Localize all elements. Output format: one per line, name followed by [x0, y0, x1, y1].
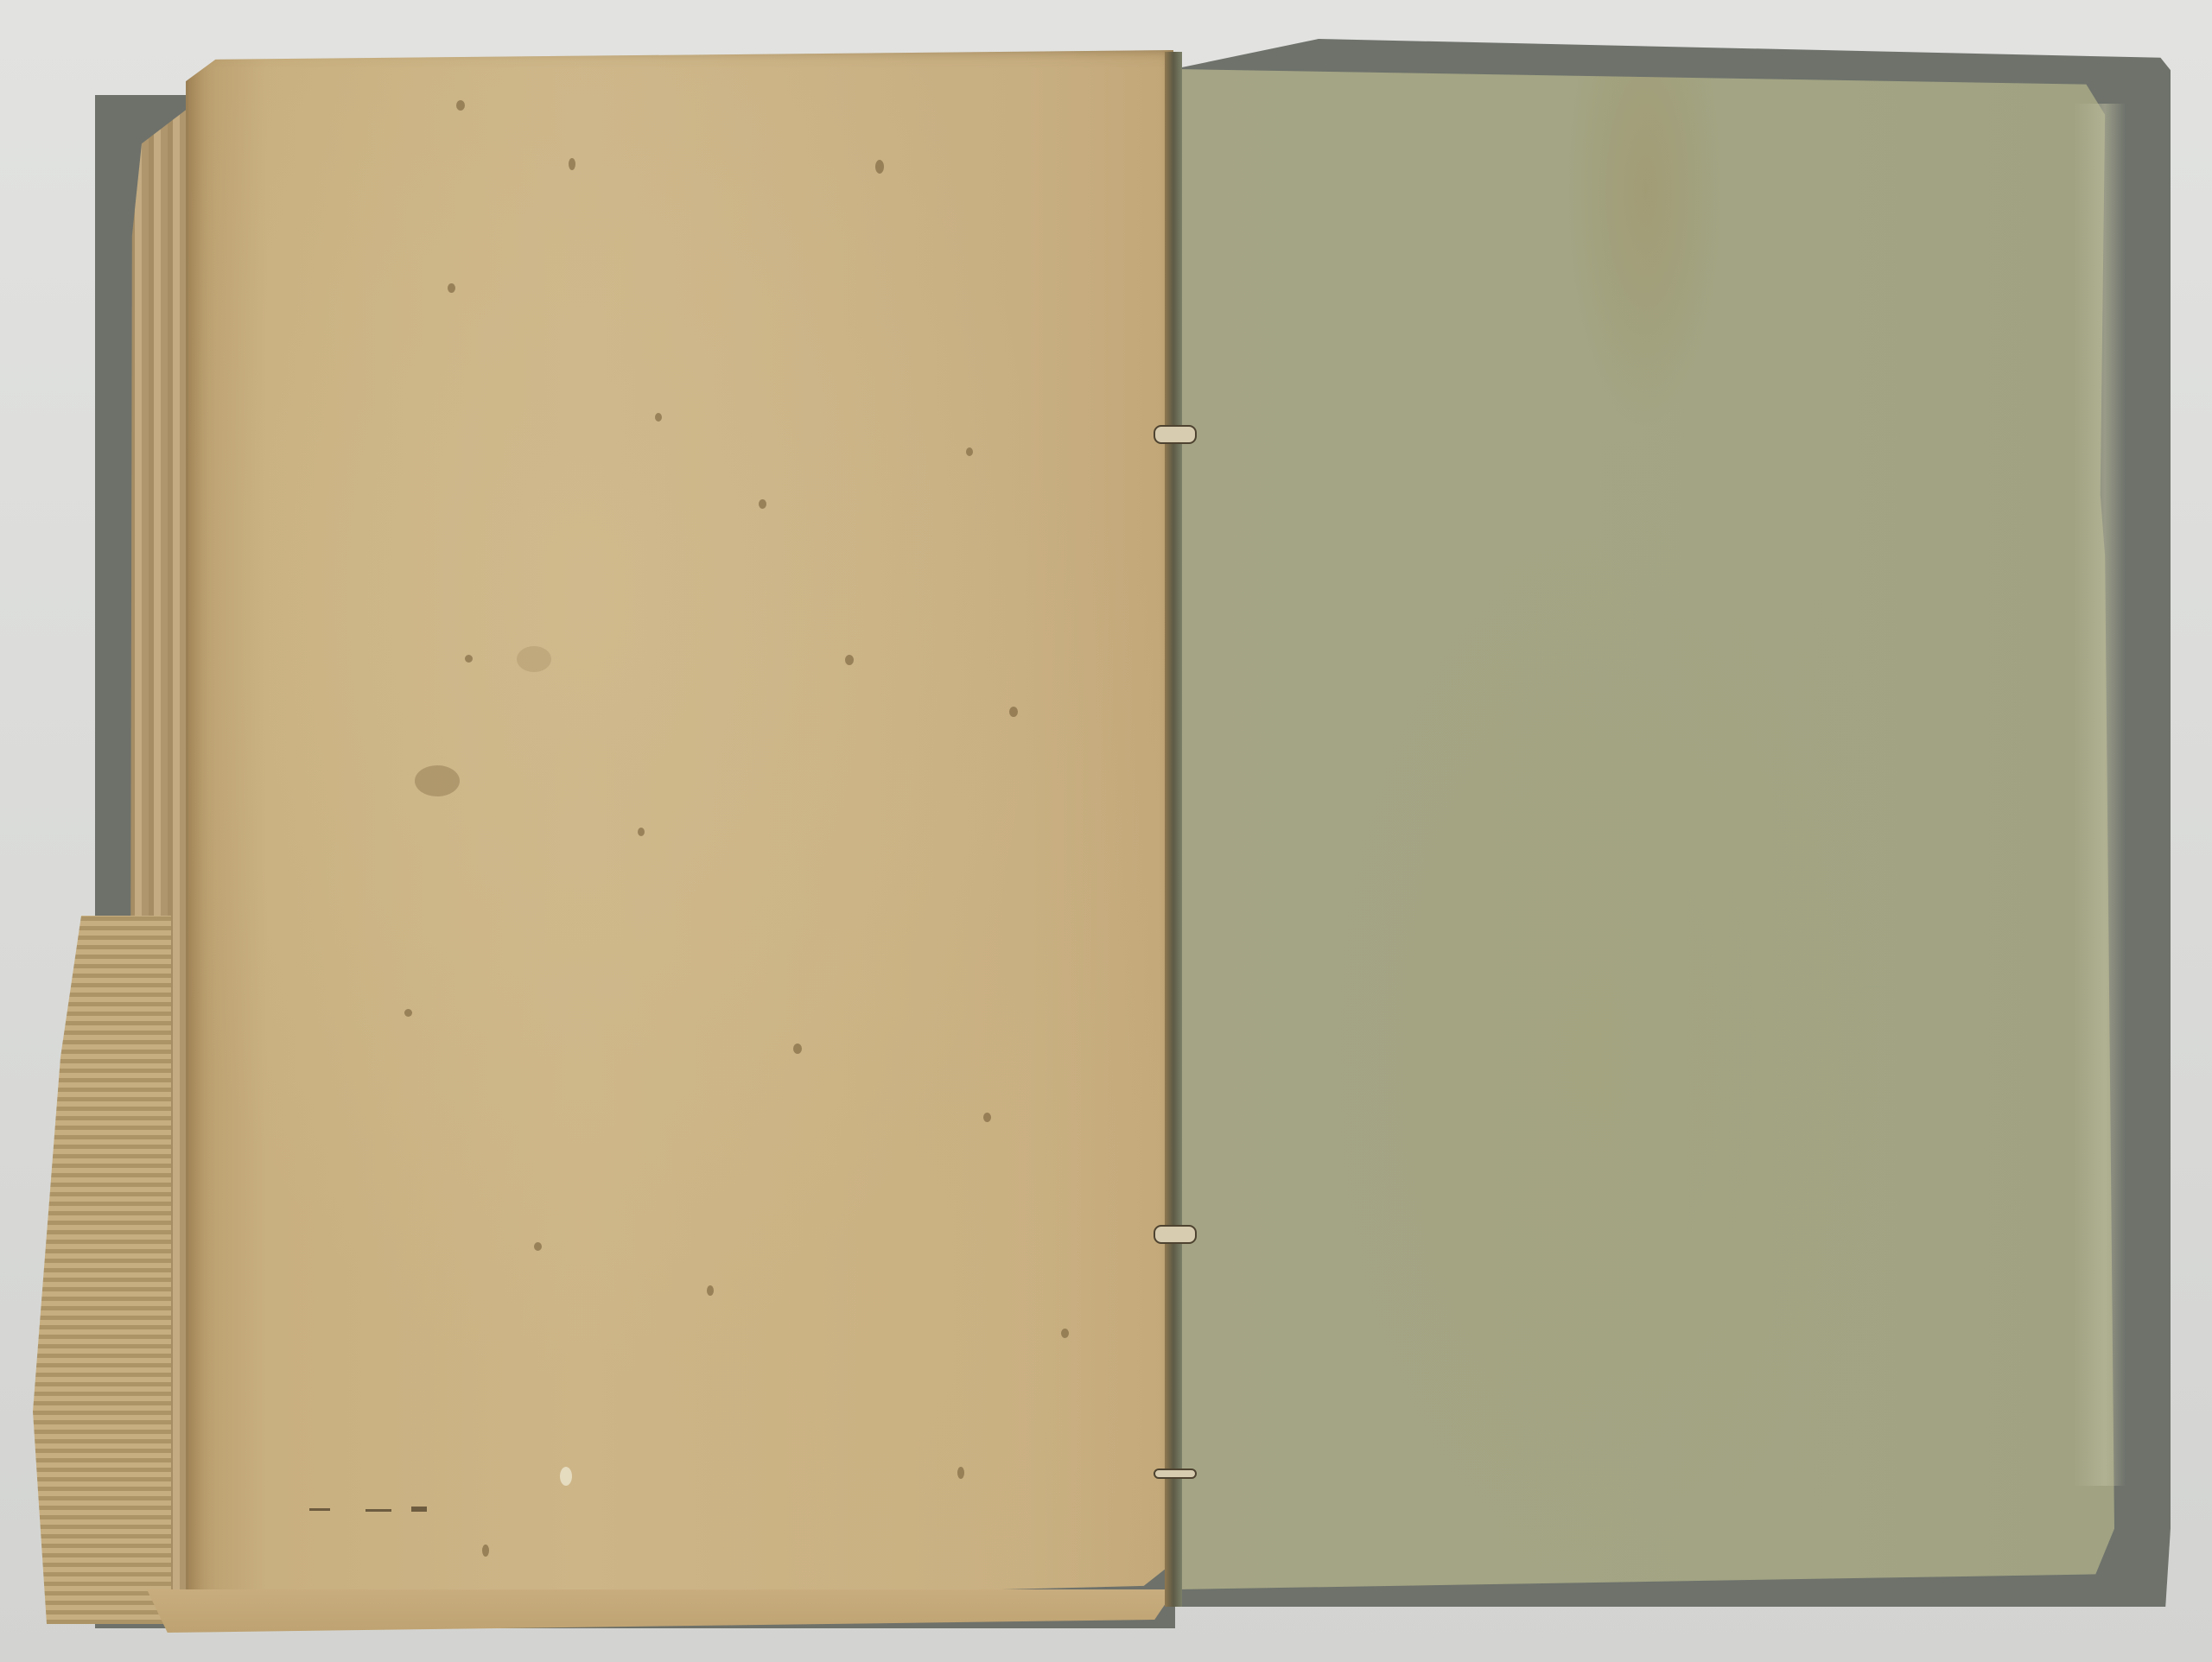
foxing-spot: [534, 1242, 542, 1251]
right-pastedown-page: [1177, 69, 2114, 1589]
foxing-spot: [456, 100, 465, 111]
photo-background: [0, 0, 2212, 1662]
foxing-spot: [966, 447, 973, 456]
book-gutter-spine: [1165, 52, 1182, 1607]
ink-mark: [365, 1509, 391, 1512]
foxing-spot: [448, 283, 455, 293]
foxing-spot: [1061, 1329, 1069, 1338]
left-blank-page: [186, 50, 1173, 1609]
stitch-knot-bottom: [1154, 1469, 1197, 1479]
foxing-spot: [983, 1113, 991, 1122]
foxing-spot: [569, 158, 575, 170]
foxing-spot: [655, 413, 662, 422]
stitch-knot-top: [1154, 425, 1197, 444]
foxing-spot: [1009, 707, 1018, 717]
light-spot: [560, 1467, 572, 1486]
foxing-spot: [482, 1545, 489, 1557]
water-stain: [517, 646, 551, 672]
ink-mark: [411, 1507, 427, 1512]
foxing-spot: [465, 655, 473, 663]
water-stain: [415, 765, 460, 796]
foxing-spot: [875, 160, 884, 174]
page-edges-lower: [33, 916, 171, 1624]
foxing-spot: [759, 499, 766, 509]
ink-mark: [309, 1508, 330, 1511]
foxing-spot: [404, 1009, 412, 1017]
stitch-knot-middle: [1154, 1225, 1197, 1244]
foxing-spot: [638, 828, 645, 836]
foxing-spot: [845, 655, 854, 665]
foxing-spot: [957, 1467, 964, 1479]
foxing-spot: [793, 1044, 802, 1054]
pastedown-edge-highlight: [2074, 104, 2126, 1486]
foxing-spot: [707, 1285, 714, 1296]
